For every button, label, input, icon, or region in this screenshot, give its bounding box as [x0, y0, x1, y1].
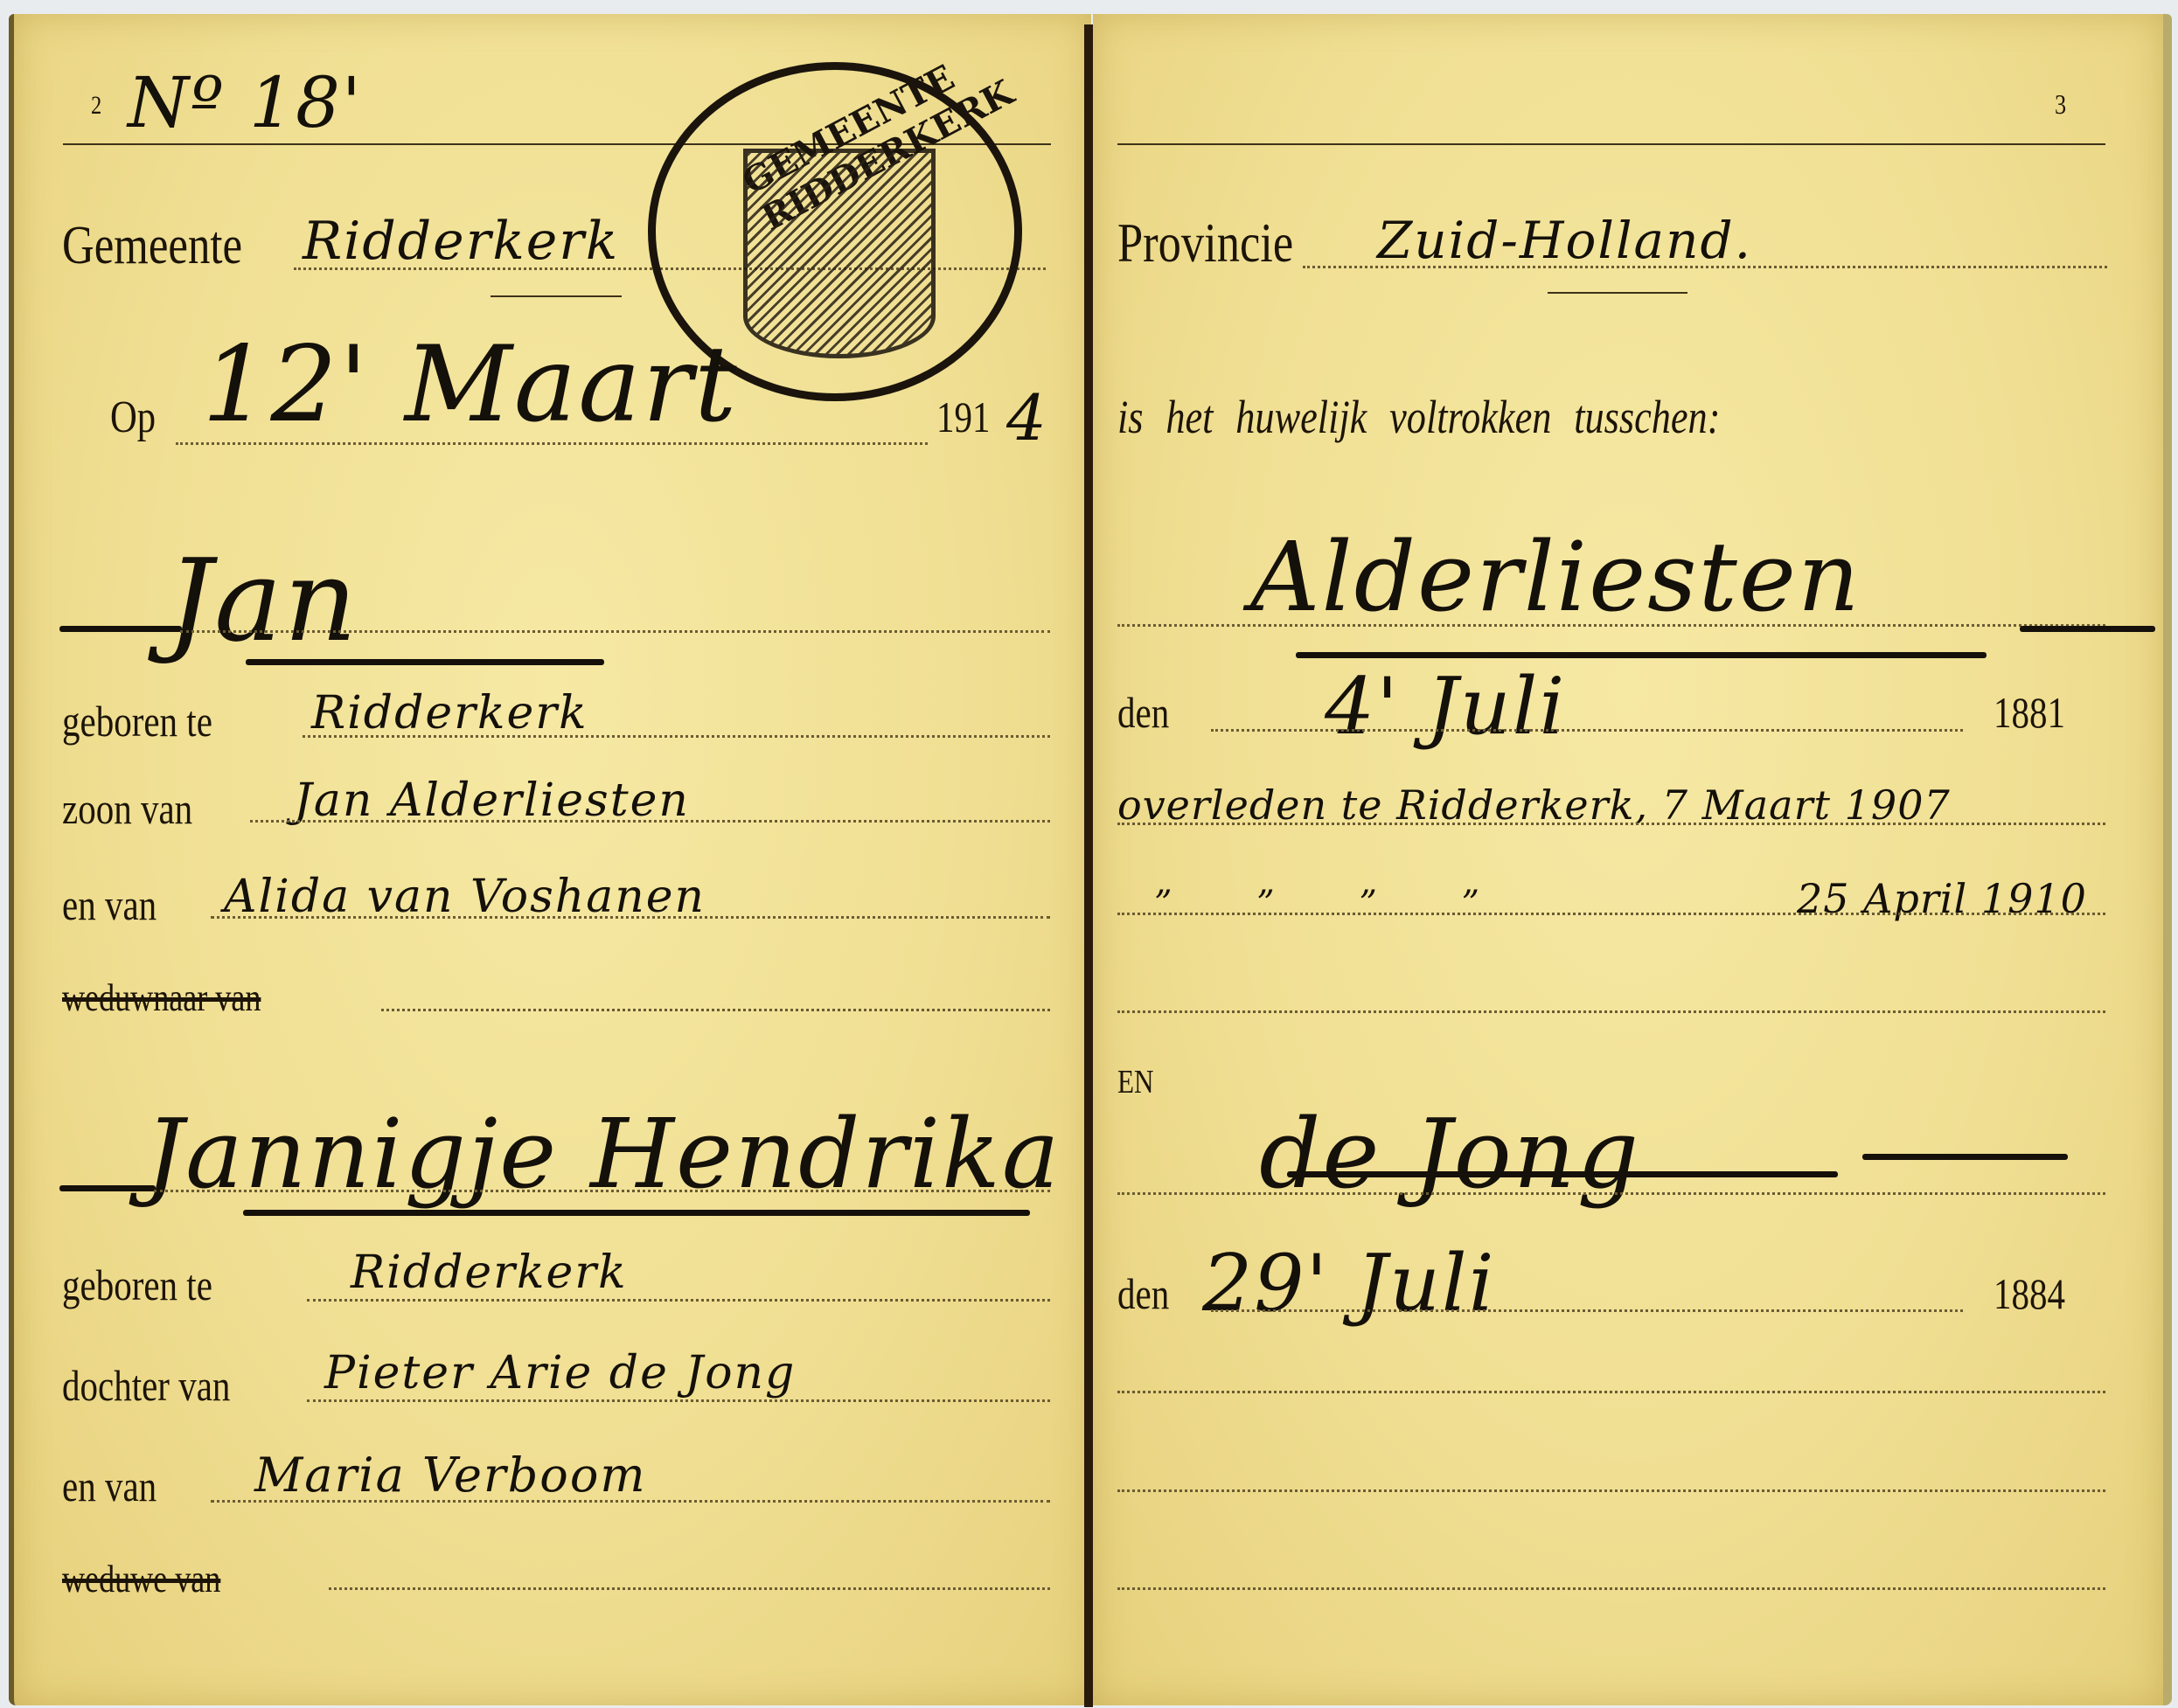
and-label: EN: [1117, 1063, 1154, 1101]
bride-father-line: [307, 1399, 1050, 1402]
province-value: Zuid-Holland.: [1377, 211, 1752, 270]
bride-surname-underline: [1287, 1171, 1838, 1177]
entry-number: Nº 18': [128, 62, 363, 143]
groom-son-of-label: zoon van: [62, 783, 192, 834]
groom-name-line: [180, 630, 1050, 633]
blank-line: [1117, 1010, 2105, 1013]
bride-mother: Maria Verboom: [254, 1448, 647, 1503]
groom-surname-bar-right: [2020, 626, 2155, 632]
groom-widower-label: weduwnaar van: [62, 976, 261, 1020]
groom-note-line-2-dots: [1117, 913, 2105, 915]
groom-birth-year: 1881: [1994, 687, 2065, 738]
groom-note-line-1: overleden te Ridderkerk, 7 Maart 1907: [1117, 781, 1951, 829]
bride-date-line: [1211, 1309, 1963, 1312]
bride-father: Pieter Arie de Jong: [324, 1347, 796, 1399]
blank-line-1: [1117, 1391, 2105, 1393]
coat-of-arms-icon: [743, 149, 936, 358]
bride-born-place: Ridderkerk: [351, 1246, 628, 1299]
bride-daughter-of-label: dochter van: [62, 1360, 230, 1411]
year-suffix: 4: [1006, 381, 1048, 455]
header-rule: [1117, 143, 2105, 145]
bride-born-line: [307, 1299, 1050, 1302]
bride-birth-year: 1884: [1994, 1268, 2065, 1319]
name-bar-left: [59, 626, 182, 632]
right-page: 3 Provincie Zuid-Holland. is het huwelij…: [1093, 14, 2172, 1705]
date-line: [176, 442, 928, 445]
bride-name-line: [154, 1190, 1050, 1192]
bride-first-names: Jannigje Hendrika: [145, 1098, 1061, 1210]
groom-born-place: Ridderkerk: [311, 687, 588, 739]
groom-date-label: den: [1117, 687, 1169, 738]
bride-name-bar-left: [59, 1185, 156, 1191]
groom-father: Jan Alderliesten: [294, 774, 690, 827]
bride-widow-label: weduwe van: [62, 1557, 220, 1601]
province-label: Provincie: [1117, 211, 1293, 275]
date-label: Op: [110, 392, 156, 443]
bride-name-underline: [243, 1210, 1030, 1216]
page-number: 2: [91, 91, 101, 121]
short-divider: [491, 295, 622, 297]
page-number: 3: [2055, 88, 2066, 121]
groom-surname-line: [1117, 624, 2105, 627]
bride-birth-date: 29' Juli: [1202, 1238, 1495, 1330]
bride-widow-line: [329, 1587, 1050, 1590]
date-value: 12' Maart: [202, 324, 738, 446]
groom-date-line: [1211, 729, 1963, 732]
groom-widower-line: [381, 1009, 1050, 1011]
left-page: 2 Nº 18' Gemeente Ridderkerk GEMEENTE RI…: [9, 14, 1091, 1705]
municipality-label: Gemeente: [62, 215, 242, 277]
groom-mother: Alida van Voshanen: [224, 871, 706, 923]
marriage-text: is het huwelijk voltrokken tusschen:: [1117, 390, 1720, 444]
groom-note-ditto-marks: ” ” ” ”: [1154, 884, 1481, 924]
groom-name-underline: [246, 659, 604, 665]
province-line: [1303, 266, 2107, 268]
groom-surname: Alderliesten: [1250, 521, 1861, 633]
marriage-booklet: 2 Nº 18' Gemeente Ridderkerk GEMEENTE RI…: [0, 7, 2178, 1708]
bride-surname-line: [1117, 1192, 2105, 1195]
short-divider: [1548, 292, 1687, 294]
groom-surname-underline: [1296, 652, 1987, 658]
year-prefix: 191: [936, 392, 991, 442]
municipality-value: Ridderkerk: [303, 211, 619, 272]
groom-first-names: Jan: [167, 534, 358, 667]
bride-surname-bar-right: [1862, 1154, 2068, 1160]
groom-birth-date: 4' Juli: [1325, 661, 1566, 753]
groom-mother-line: [211, 916, 1050, 919]
bride-mother-line: [211, 1500, 1050, 1503]
booklet-spine: [1084, 24, 1093, 1707]
bride-and-of-label: en van: [62, 1461, 157, 1511]
blank-line-3: [1117, 1587, 2105, 1590]
groom-father-line: [250, 820, 1050, 823]
bride-born-label: geboren te: [62, 1260, 212, 1310]
groom-born-label: geboren te: [62, 696, 212, 746]
groom-born-line: [303, 735, 1050, 738]
groom-and-of-label: en van: [62, 879, 157, 930]
blank-line-2: [1117, 1489, 2105, 1492]
groom-note-line-1-dots: [1117, 823, 2105, 825]
bride-date-label: den: [1117, 1268, 1169, 1319]
